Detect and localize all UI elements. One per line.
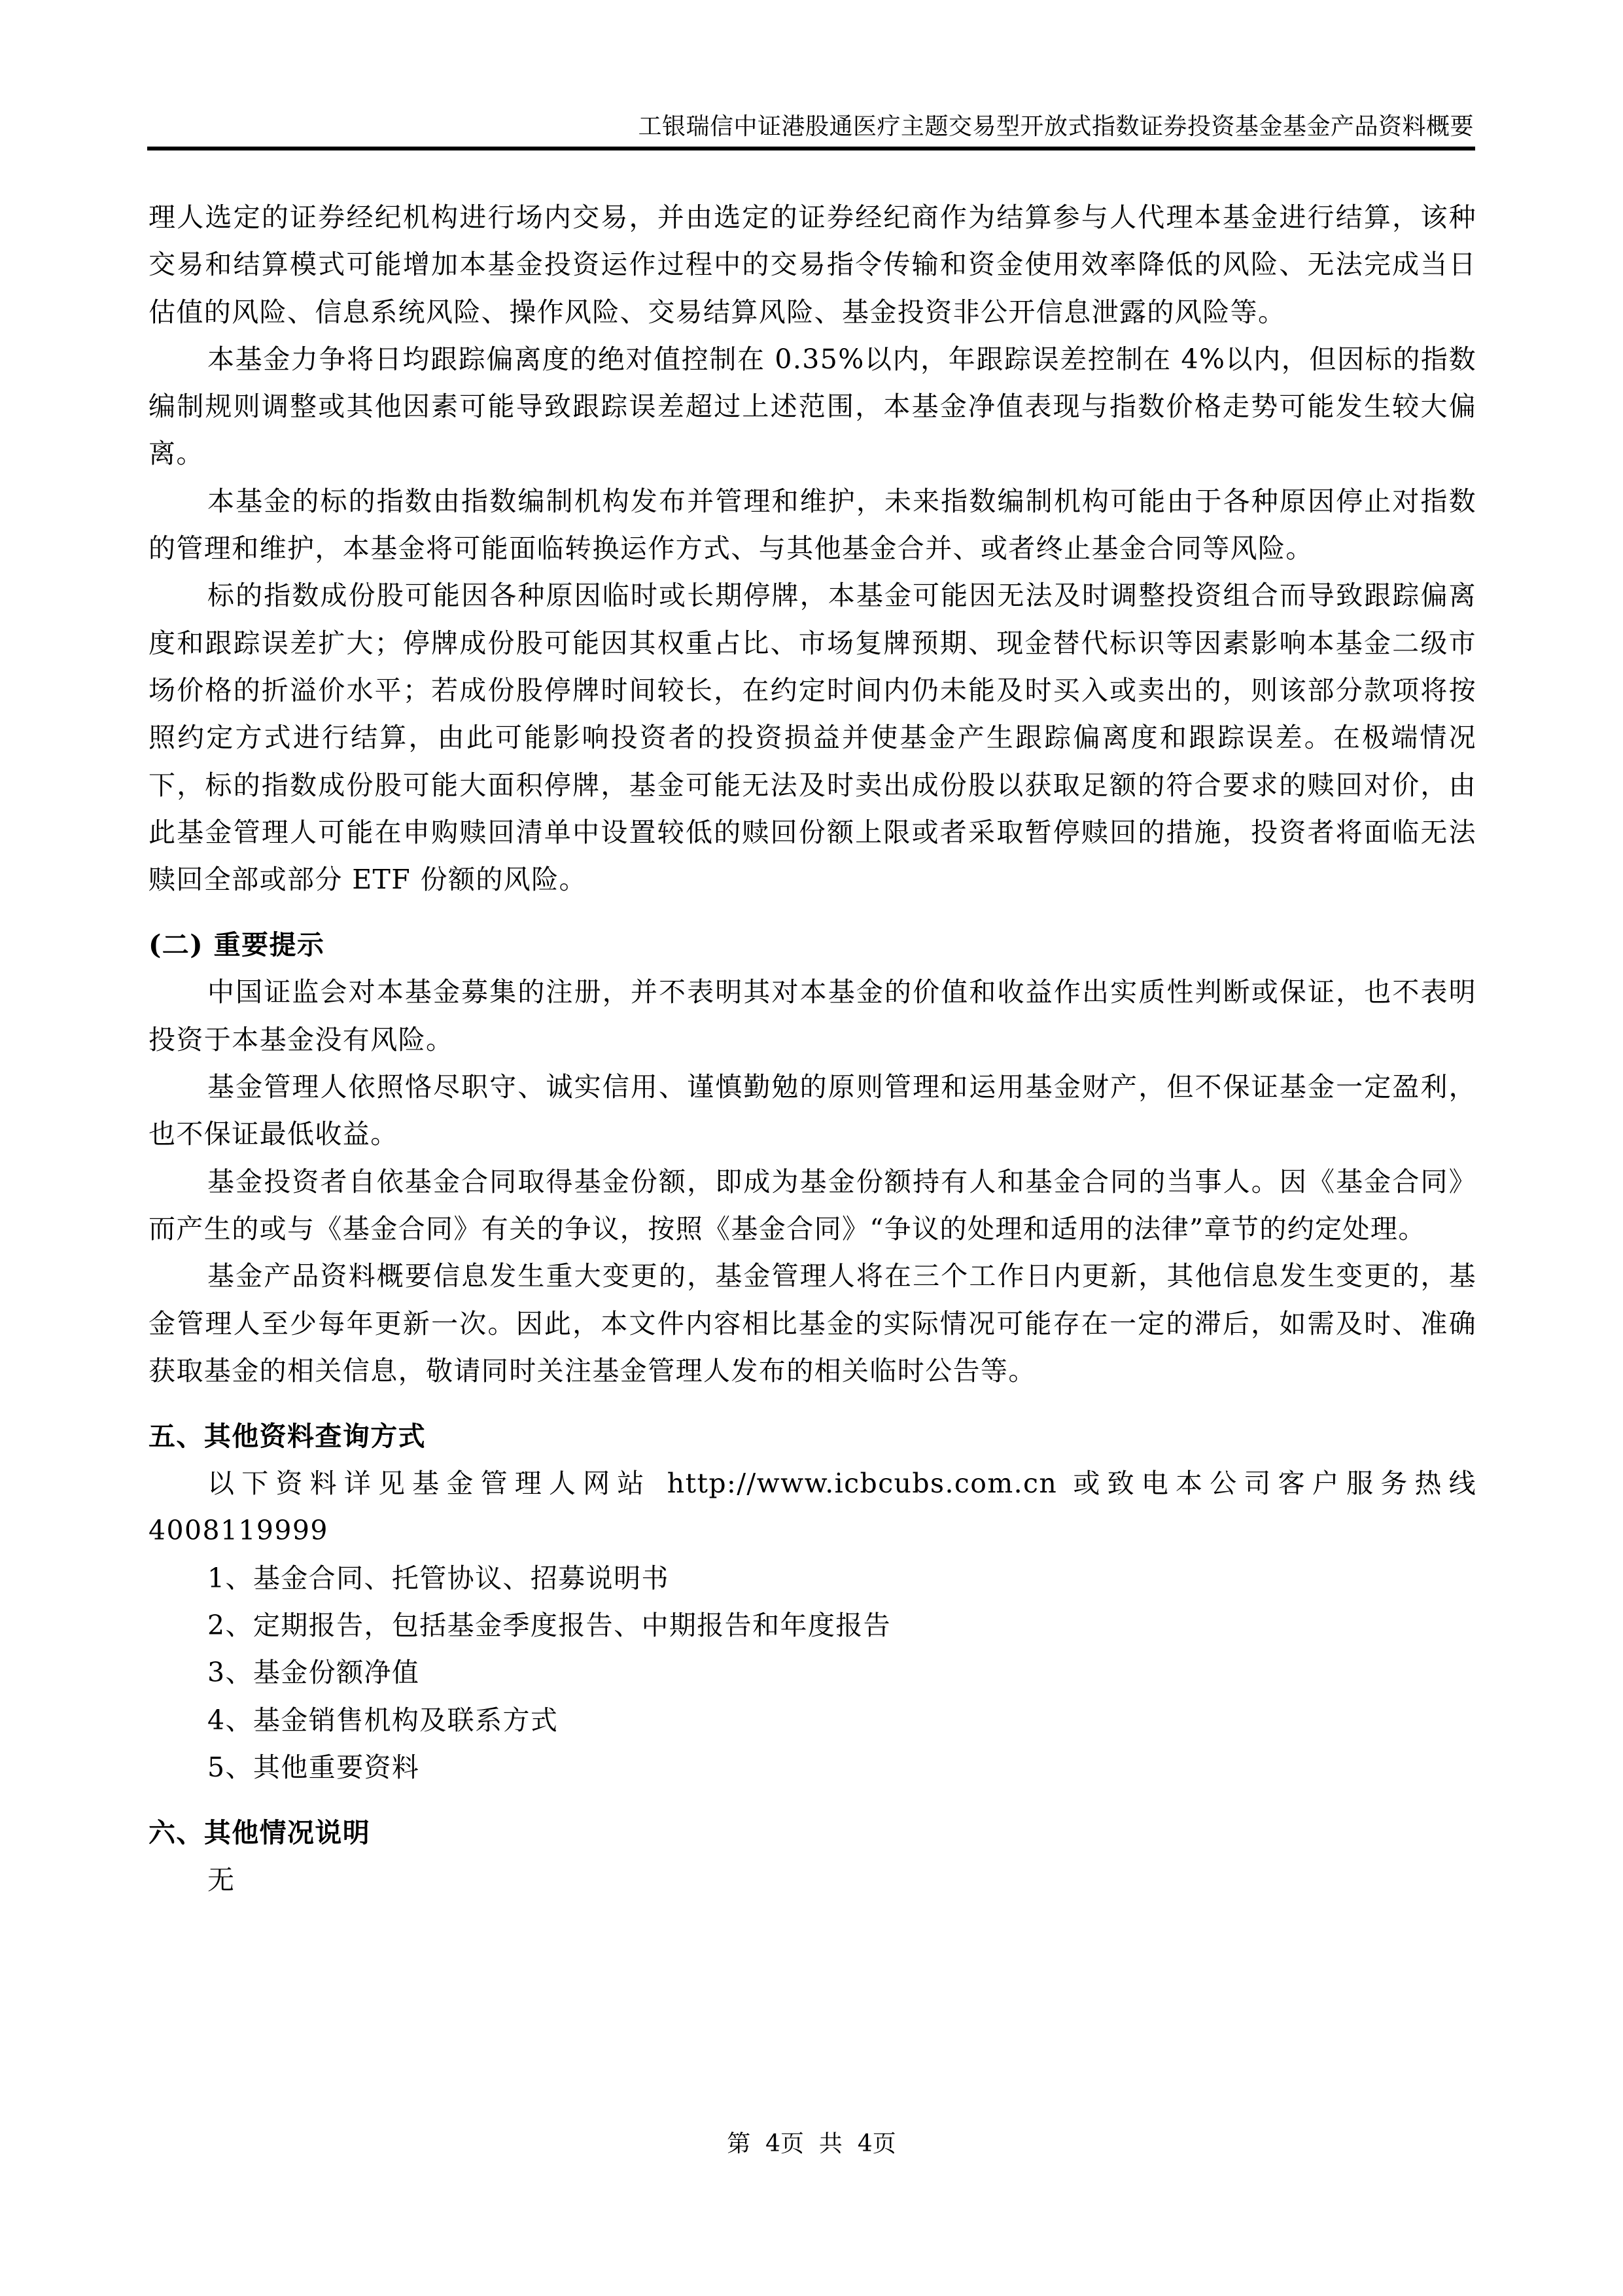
other-notes-body: 无 bbox=[148, 1856, 1476, 1903]
other-info-item-1: 1、基金合同、托管协议、招募说明书 bbox=[148, 1555, 1476, 1602]
document-body: 理人选定的证券经纪机构进行场内交易，并由选定的证券经纪商作为结算参与人代理本基金… bbox=[148, 194, 1476, 1904]
page-header: 工银瑞信中证港股通医疗主题交易型开放式指数证券投资基金基金产品资料概要 bbox=[147, 110, 1475, 150]
page-number: 第 4页 共 4页 bbox=[0, 2130, 1623, 2159]
section-heading-important-notice: (二) 重要提示 bbox=[148, 921, 1476, 968]
other-info-item-2: 2、定期报告，包括基金季度报告、中期报告和年度报告 bbox=[148, 1602, 1476, 1649]
other-info-item-4: 4、基金销售机构及联系方式 bbox=[148, 1697, 1476, 1744]
section-heading-other-info: 五、其他资料查询方式 bbox=[148, 1413, 1476, 1460]
risk-paragraph-continued: 理人选定的证券经纪机构进行场内交易，并由选定的证券经纪商作为结算参与人代理本基金… bbox=[148, 194, 1476, 336]
document-title: 工银瑞信中证港股通医疗主题交易型开放式指数证券投资基金基金产品资料概要 bbox=[638, 114, 1474, 140]
notice-paragraph-contract: 基金投资者自依基金合同取得基金份额，即成为基金份额持有人和基金合同的当事人。因《… bbox=[148, 1158, 1476, 1253]
other-info-intro: 以下资料详见基金管理人网站 http://www.icbcubs.com.cn … bbox=[148, 1460, 1476, 1555]
notice-paragraph-csrc: 中国证监会对本基金募集的注册，并不表明其对本基金的价值和收益作出实质性判断或保证… bbox=[148, 968, 1476, 1063]
other-info-item-5: 5、其他重要资料 bbox=[148, 1744, 1476, 1791]
risk-paragraph-tracking-error: 本基金力争将日均跟踪偏离度的绝对值控制在 0.35%以内，年跟踪误差控制在 4%… bbox=[148, 336, 1476, 478]
risk-paragraph-index-maintenance: 本基金的标的指数由指数编制机构发布并管理和维护，未来指数编制机构可能由于各种原因… bbox=[148, 478, 1476, 573]
risk-paragraph-suspension: 标的指数成份股可能因各种原因临时或长期停牌，本基金可能因无法及时调整投资组合而导… bbox=[148, 572, 1476, 903]
other-info-item-3: 3、基金份额净值 bbox=[148, 1649, 1476, 1696]
section-heading-other-notes: 六、其他情况说明 bbox=[148, 1809, 1476, 1856]
notice-paragraph-no-guarantee: 基金管理人依照恪尽职守、诚实信用、谨慎勤勉的原则管理和运用基金财产，但不保证基金… bbox=[148, 1063, 1476, 1158]
notice-paragraph-updates: 基金产品资料概要信息发生重大变更的，基金管理人将在三个工作日内更新，其他信息发生… bbox=[148, 1252, 1476, 1394]
